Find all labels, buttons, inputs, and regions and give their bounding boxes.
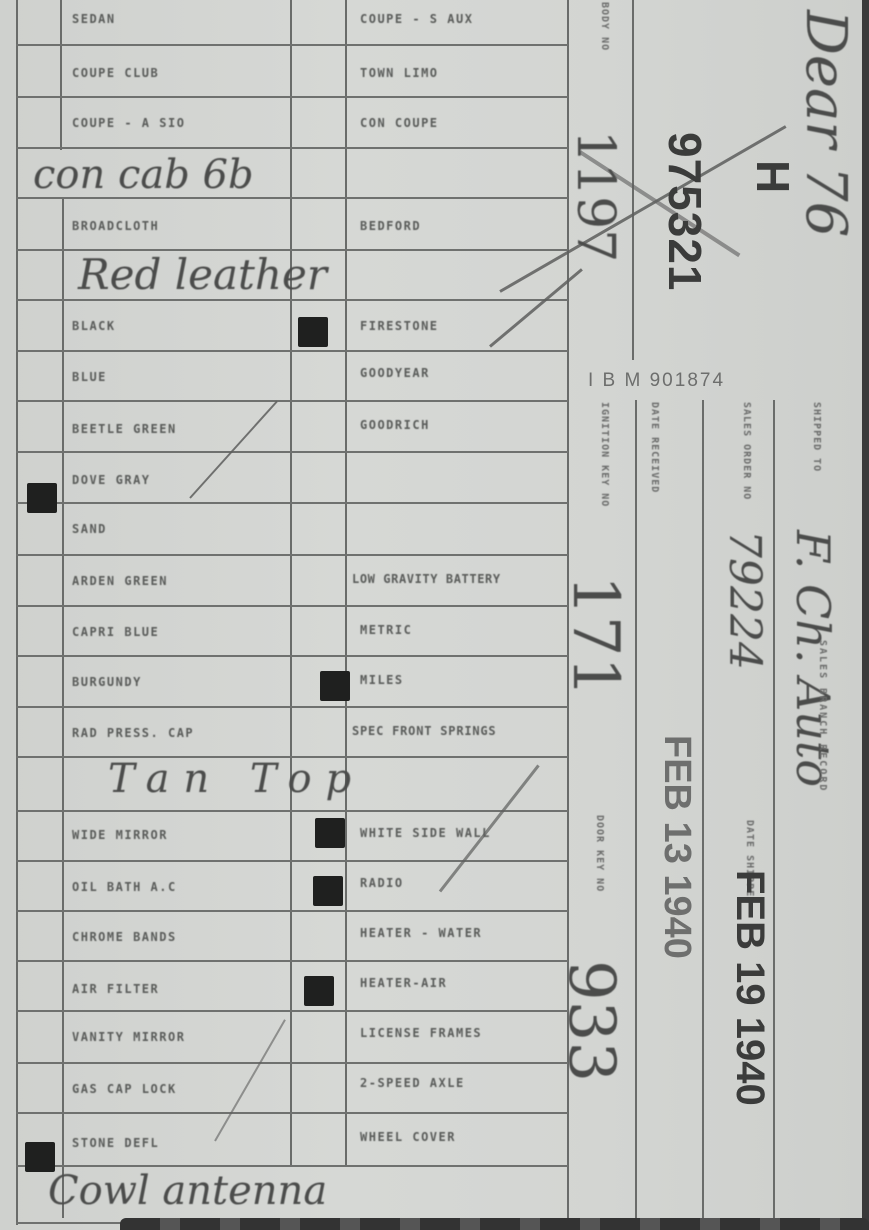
table-row: BROADCLOTH BEDFORD <box>18 199 568 249</box>
option-label-right: HEATER - WATER <box>360 926 482 940</box>
option-label-right: COUPE - S AUX <box>360 12 473 26</box>
card-edge-shadow <box>862 0 869 1230</box>
option-label-left: CHROME BANDS <box>72 930 177 944</box>
vehicle-record-card: SEDAN COUPE - S AUX COUPE CLUB TOWN LIMO… <box>0 0 862 1230</box>
option-label-right: HEATER-AIR <box>360 976 447 990</box>
option-label-right: SPEC FRONT SPRINGS <box>352 724 496 738</box>
handwritten-note: Tan Top <box>108 756 365 802</box>
table-row: STONE DEFL WHEEL COVER <box>18 1114 568 1166</box>
option-label-left: BLUE <box>72 370 107 384</box>
option-label-left: CAPRI BLUE <box>72 625 159 639</box>
right-col-divider-2 <box>635 400 637 1225</box>
date-received-label: DATE RECEIVED <box>649 402 660 493</box>
ignition-key-value: 171 <box>558 575 632 697</box>
checkbox-filled[interactable] <box>304 976 334 1006</box>
table-row: SEDAN COUPE - S AUX <box>18 0 568 44</box>
option-label-left: OIL BATH A.C <box>72 880 177 894</box>
body-no-handwritten: 1197 <box>565 130 625 262</box>
checkbox-filled[interactable] <box>320 671 350 701</box>
table-row: RAD PRESS. CAP SPEC FRONT SPRINGS <box>18 708 568 758</box>
door-key-label: DOOR KEY NO <box>594 815 605 892</box>
right-col-divider-4 <box>773 400 775 1225</box>
option-label-right: TOWN LIMO <box>360 66 439 80</box>
option-label-right: LICENSE FRAMES <box>360 1026 482 1040</box>
option-label-left: SEDAN <box>72 12 116 26</box>
option-label-right: GOODYEAR <box>360 366 430 380</box>
option-label-left: AIR FILTER <box>72 982 159 996</box>
option-label-left: ARDEN GREEN <box>72 574 168 588</box>
door-key-value: 933 <box>554 960 628 1082</box>
table-row: CHROME BANDS HEATER - WATER <box>18 912 568 962</box>
table-row-handwritten: Tan Top <box>18 758 568 810</box>
checkbox-filled[interactable] <box>298 317 328 347</box>
date-received-value: FEB 13 1940 <box>655 735 698 959</box>
table-row: OIL BATH A.C RADIO <box>18 862 568 912</box>
option-label-left: BURGUNDY <box>72 675 142 689</box>
serial-prefix: H <box>746 160 800 193</box>
binder-edge <box>120 1218 869 1230</box>
table-row: GAS CAP LOCK 2-SPEED AXLE <box>18 1064 568 1114</box>
table-row: SAND <box>18 504 568 554</box>
option-label-left: DOVE GRAY <box>72 473 151 487</box>
option-label-left: STONE DEFL <box>72 1136 159 1150</box>
table-row-handwritten: con cab 6b <box>18 148 568 198</box>
option-label-right: CON COUPE <box>360 116 439 130</box>
branch-record-label: SALES BRANCH RECORD <box>817 640 828 792</box>
serial-number: 975321 <box>658 132 712 292</box>
table-row: VANITY MIRROR LICENSE FRAMES <box>18 1012 568 1062</box>
option-label-right: WHEEL COVER <box>360 1130 456 1144</box>
right-col-divider-3 <box>702 400 704 1225</box>
option-label-left: GAS CAP LOCK <box>72 1082 177 1096</box>
option-label-left: COUPE CLUB <box>72 66 159 80</box>
table-row: WIDE MIRROR WHITE SIDE WALL <box>18 812 568 862</box>
table-row: COUPE - A SIO CON COUPE <box>18 98 568 148</box>
date-shipped-value: FEB 19 1940 <box>727 870 772 1106</box>
handwritten-note: Cowl antenna <box>48 1168 327 1214</box>
sales-order-label: SALES ORDER NO <box>741 402 752 500</box>
option-label-left: RAD PRESS. CAP <box>72 726 194 740</box>
option-label-right: RADIO <box>360 876 404 890</box>
option-label-left: COUPE - A SIO <box>72 116 185 130</box>
table-row: COUPE CLUB TOWN LIMO <box>18 46 568 96</box>
option-label-left: BLACK <box>72 319 116 333</box>
body-no-label: BODY NO <box>599 2 610 51</box>
option-label-right: BEDFORD <box>360 219 421 233</box>
checkbox-filled[interactable] <box>315 818 345 848</box>
shipped-to-value: F. Ch. Auto <box>786 530 840 787</box>
table-row: AIR FILTER HEATER-AIR <box>18 962 568 1012</box>
option-label-right: GOODRICH <box>360 418 430 432</box>
option-label-left: BEETLE GREEN <box>72 422 177 436</box>
table-row: BEETLE GREEN GOODRICH <box>18 402 568 452</box>
table-row: DOVE GRAY <box>18 453 568 503</box>
checkbox-filled[interactable] <box>313 876 343 906</box>
option-label-right: LOW GRAVITY BATTERY <box>352 572 501 586</box>
ignition-key-label: IGNITION KEY NO <box>599 402 610 507</box>
table-row: ARDEN GREEN LOW GRAVITY BATTERY <box>18 556 568 606</box>
handwritten-note: Red leather <box>78 250 327 299</box>
handwritten-note: con cab 6b <box>33 152 254 198</box>
table-row: BLUE GOODYEAR <box>18 352 568 402</box>
option-label-right: WHITE SIDE WALL <box>360 826 491 840</box>
table-row: BURGUNDY MILES <box>18 657 568 707</box>
table-row-handwritten: Red leather <box>18 250 568 300</box>
ibm-number: I B M 901874 <box>588 370 725 392</box>
option-label-right: MILES <box>360 673 404 687</box>
table-row-handwritten: Cowl antenna <box>18 1166 568 1222</box>
option-label-right: FIRESTONE <box>360 319 439 333</box>
option-label-left: VANITY MIRROR <box>72 1030 185 1044</box>
option-label-right: METRIC <box>360 623 412 637</box>
sales-order-value: 79224 <box>719 530 770 670</box>
right-col-divider-1 <box>632 0 634 360</box>
shipped-to-label: SHIPPED TO <box>811 402 822 472</box>
table-row: BLACK FIRESTONE <box>18 301 568 351</box>
table-row: CAPRI BLUE METRIC <box>18 607 568 657</box>
option-label-left: BROADCLOTH <box>72 219 159 233</box>
dealer-note: Dear 76 <box>793 10 858 237</box>
option-label-right: 2-SPEED AXLE <box>360 1076 465 1090</box>
option-label-left: SAND <box>72 522 107 536</box>
option-label-left: WIDE MIRROR <box>72 828 168 842</box>
